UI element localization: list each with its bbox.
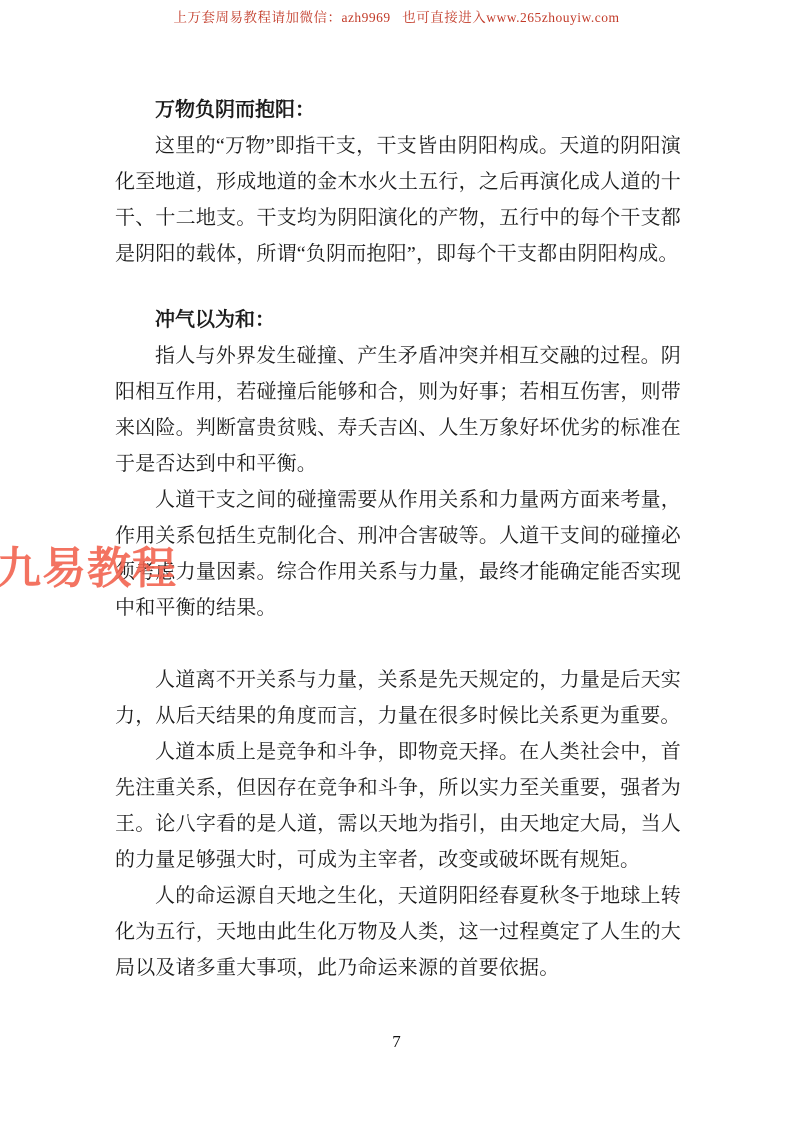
section-heading: 万物负阴而抱阳： — [115, 92, 681, 128]
page-number: 7 — [0, 1032, 793, 1052]
paragraph: 人道离不开关系与力量，关系是先天规定的，力量是后天实力，从后天结果的角度而言，力… — [115, 662, 681, 734]
paragraph: 指人与外界发生碰撞、产生矛盾冲突并相互交融的过程。阴阳相互作用，若碰撞后能够和合… — [115, 338, 681, 482]
document-page: 上万套周易教程请加微信：azh9969 也可直接进入www.265zhouyiw… — [0, 0, 793, 1121]
paragraph: 人的命运源自天地之生化，天道阴阳经春夏秋冬于地球上转化为五行，天地由此生化万物及… — [115, 878, 681, 986]
section-heading: 冲气以为和： — [115, 302, 681, 338]
watermark: 九易教程 — [0, 532, 177, 596]
header-notice: 上万套周易教程请加微信：azh9969 也可直接进入www.265zhouyiw… — [0, 6, 793, 26]
document-content: 万物负阴而抱阳： 这里的“万物”即指干支，干支皆由阴阳构成。天道的阴阳演化至地道… — [115, 92, 681, 986]
paragraph: 人道本质上是竞争和斗争，即物竞天择。在人类社会中，首先注重关系，但因存在竞争和斗… — [115, 734, 681, 878]
paragraph: 这里的“万物”即指干支，干支皆由阴阳构成。天道的阴阳演化至地道，形成地道的金木水… — [115, 128, 681, 272]
paragraph: 人道干支之间的碰撞需要从作用关系和力量两方面来考量，作用关系包括生克制化合、刑冲… — [115, 482, 681, 626]
section-chongqi-yiwei-he: 冲气以为和： 指人与外界发生碰撞、产生矛盾冲突并相互交融的过程。阴阳相互作用，若… — [115, 302, 681, 986]
section-wanwu-fuyin-baoyang: 万物负阴而抱阳： 这里的“万物”即指干支，干支皆由阴阳构成。天道的阴阳演化至地道… — [115, 92, 681, 272]
